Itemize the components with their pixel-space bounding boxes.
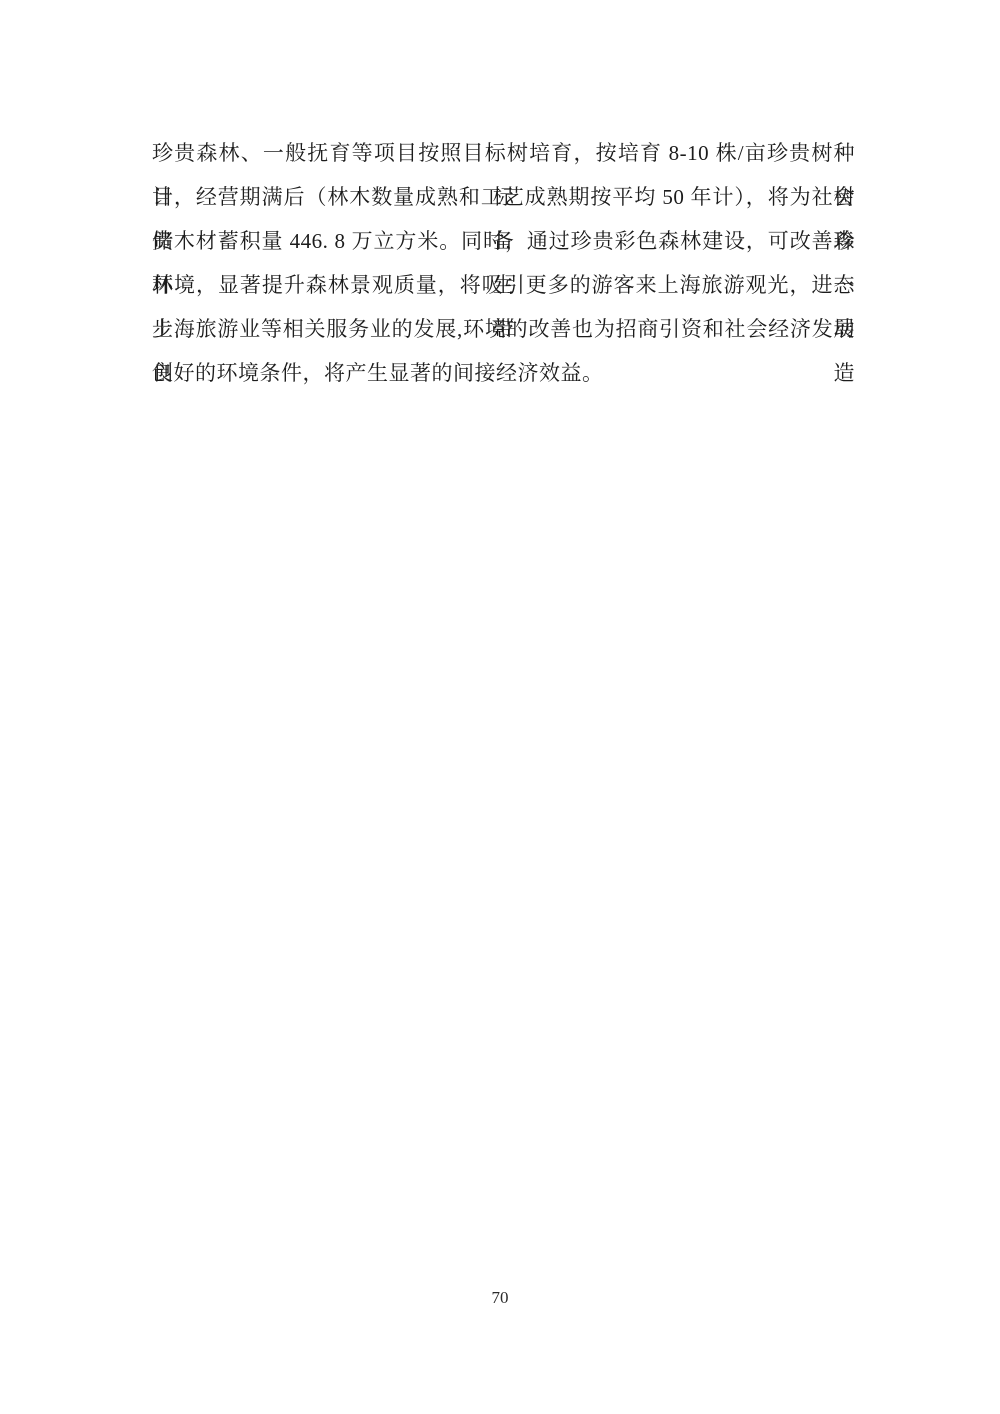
page-number: 70 <box>492 1288 509 1307</box>
paragraph: 珍贵森林、一般抚育等项目按照目标树培育，按培育 8-10 株/亩珍贵树种目标树 … <box>152 131 855 395</box>
paragraph-line: 计，经营期满后（林木数量成熟和工艺成熟期按平均 50 年计），将为社会储备珍 <box>152 175 855 219</box>
document-page: 珍贵森林、一般抚育等项目按照目标树培育，按培育 8-10 株/亩珍贵树种目标树 … <box>0 0 1000 1414</box>
paragraph-line: 珍贵森林、一般抚育等项目按照目标树培育，按培育 8-10 株/亩珍贵树种目标树 <box>152 131 855 175</box>
paragraph-line: 环境，显著提升森林景观质量，将吸引更多的游客来上海旅游观光，进一步带动 <box>152 263 855 307</box>
paragraph-line: 上海旅游业等相关服务业的发展,环境的改善也为招商引资和社会经济发展创造 <box>152 307 855 351</box>
page-footer: 70 <box>0 1288 1000 1308</box>
paragraph-line: 贵木材蓄积量 446. 8 万立方米。同时，通过珍贵彩色森林建设，可改善森林生态 <box>152 219 855 263</box>
